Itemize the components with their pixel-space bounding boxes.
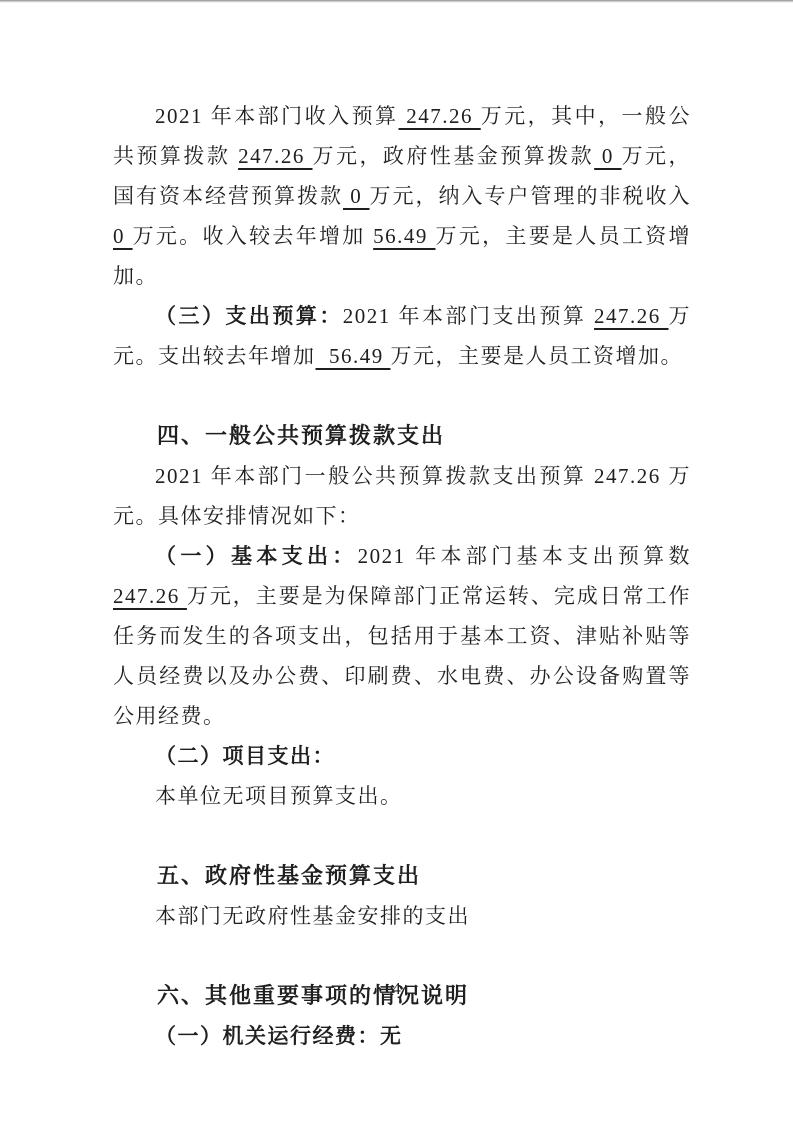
project-expenditure-subheading: （二）项目支出： bbox=[113, 736, 691, 776]
basic-expenditure-paragraph: （一）基本支出：2021 年本部门基本支出预算数 247.26 万元，主要是为保… bbox=[113, 536, 691, 736]
bold-text-run: 四、一般公共预算拨款支出 bbox=[157, 423, 445, 448]
project-expenditure-paragraph: 本单位无项目预算支出。 bbox=[113, 776, 691, 816]
section-5-paragraph: 本部门无政府性基金安排的支出 bbox=[113, 896, 691, 936]
text-run: 万元，政府性基金预算拨款 bbox=[313, 144, 595, 168]
section-5-heading: 五、政府性基金预算支出 bbox=[113, 856, 691, 896]
text-run: 万元，纳入专户管理的非税收入 bbox=[370, 184, 698, 208]
underlined-value: 0 bbox=[594, 144, 621, 168]
document-content: 2021 年本部门收入预算 247.26 万元，其中，一般公共预算拨款 247.… bbox=[113, 96, 691, 1056]
income-budget-paragraph: 2021 年本部门收入预算 247.26 万元，其中，一般公共预算拨款 247.… bbox=[113, 96, 691, 296]
page-top-edge-shadow bbox=[0, 0, 793, 3]
bold-text-run: 五、政府性基金预算支出 bbox=[157, 863, 421, 888]
text-run: 本单位无项目预算支出。 bbox=[155, 784, 403, 808]
underlined-value: 56.49 bbox=[316, 344, 391, 368]
underlined-value: 247.26 bbox=[399, 104, 481, 128]
bold-text-run: （一）基本支出： bbox=[155, 544, 358, 568]
text-run: 2021 年本部门收入预算 bbox=[155, 104, 399, 128]
bold-text-run: （一）机关运行经费：无 bbox=[155, 1024, 403, 1048]
text-run: 万元，主要是人员工资增加。 bbox=[391, 344, 684, 368]
text-run: 万元，主要是为保障部门正常运转、完成日常工作任务而发生的各项支出，包括用于基本工… bbox=[113, 584, 691, 728]
blank-line bbox=[113, 376, 691, 416]
text-run: 2021 年本部门支出预算 bbox=[343, 304, 594, 328]
text-run: 万元。收入较去年增加 bbox=[133, 224, 374, 248]
section-4-heading: 四、一般公共预算拨款支出 bbox=[113, 416, 691, 456]
underlined-value: 247.26 bbox=[113, 584, 187, 608]
text-run: 2021 年本部门基本支出预算数 bbox=[358, 544, 698, 568]
text-run: 2021 年本部门一般公共预算拨款支出预算 247.26 万元。具体安排情况如下… bbox=[113, 464, 691, 528]
underlined-value: 247.26 bbox=[594, 304, 668, 328]
underlined-value: 247.26 bbox=[238, 144, 312, 168]
blank-line bbox=[113, 816, 691, 856]
page-number: 4 bbox=[392, 979, 401, 998]
underlined-value: 0 bbox=[113, 224, 133, 248]
page-footer: 4 bbox=[0, 978, 793, 1000]
bold-text-run: （二）项目支出： bbox=[155, 744, 335, 768]
underlined-value: 0 bbox=[343, 184, 370, 208]
document-page: { "page": { "number": "4", "background_c… bbox=[0, 0, 793, 1122]
blank-line bbox=[113, 936, 691, 976]
bold-text-run: （三）支出预算： bbox=[155, 304, 343, 328]
expenditure-budget-paragraph: （三）支出预算：2021 年本部门支出预算 247.26 万元。支出较去年增加 … bbox=[113, 296, 691, 376]
section-4-intro-paragraph: 2021 年本部门一般公共预算拨款支出预算 247.26 万元。具体安排情况如下… bbox=[113, 456, 691, 536]
text-run: 本部门无政府性基金安排的支出 bbox=[155, 904, 470, 928]
underlined-value: 56.49 bbox=[373, 224, 435, 248]
agency-operating-expense-subheading: （一）机关运行经费：无 bbox=[113, 1016, 691, 1056]
